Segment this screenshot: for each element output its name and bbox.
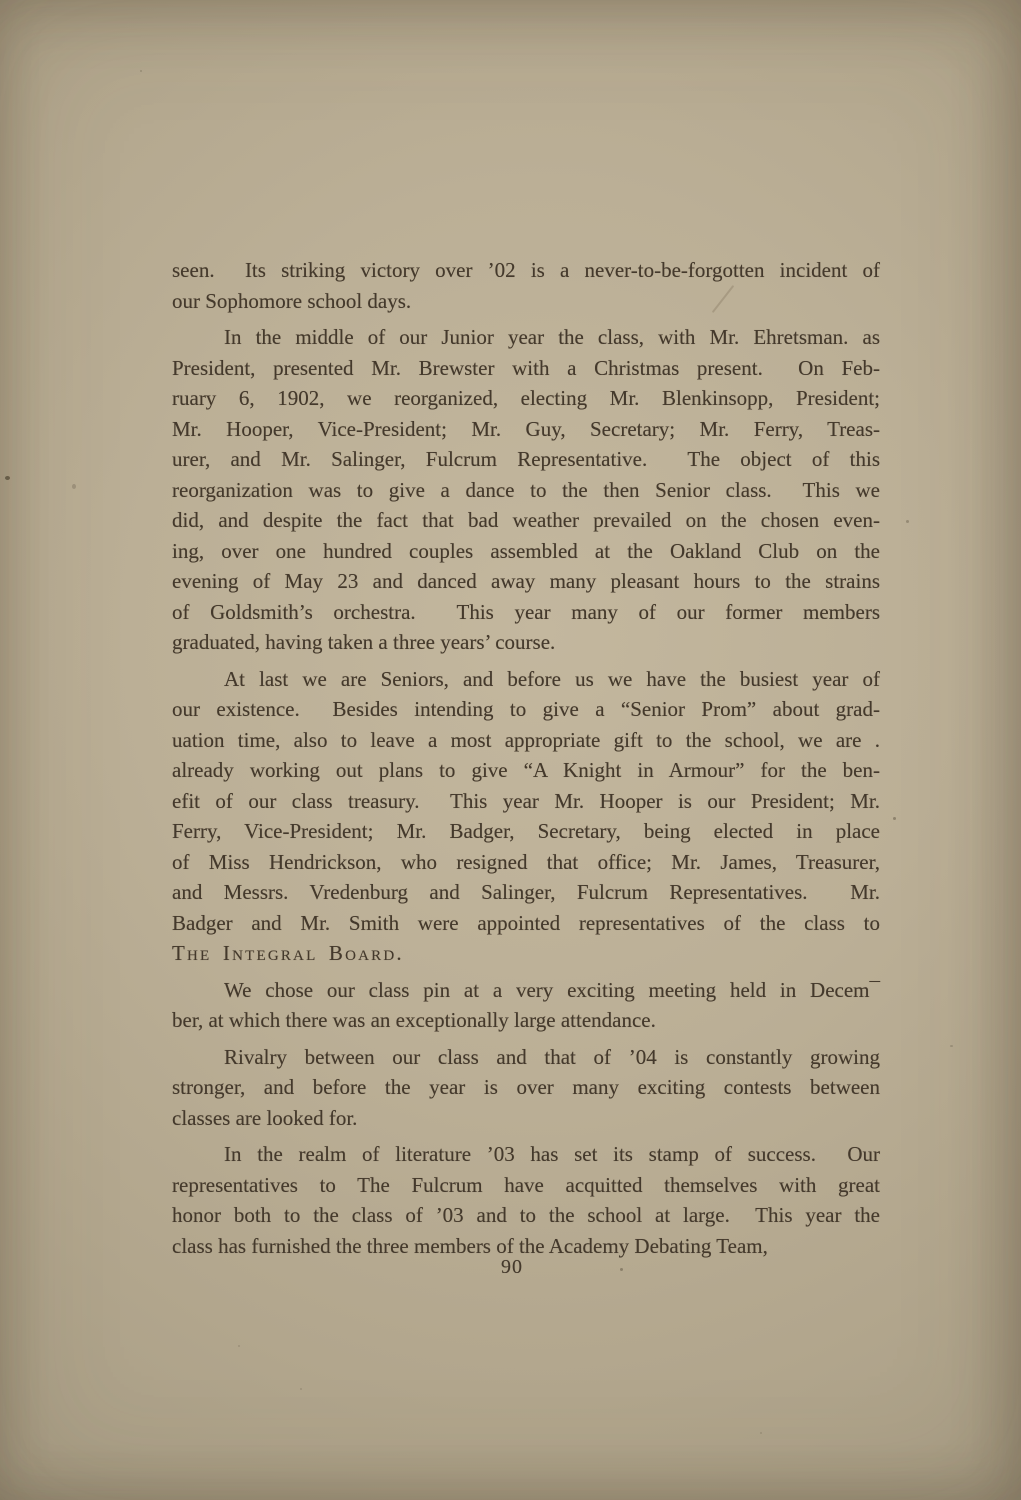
paragraph: Rivalry between our class and that of ’0… [172, 1042, 880, 1134]
paragraph: In the realm of literature ’03 has set i… [172, 1139, 880, 1261]
text-line: our Sophomore school days. [172, 286, 880, 317]
text-line: In the middle of our Junior year the cla… [172, 322, 880, 353]
text-line: seen. Its striking victory over ’02 is a… [172, 255, 880, 286]
text-line: and Messrs. Vredenburg and Salinger, Ful… [172, 877, 880, 908]
paper-speck [72, 484, 76, 489]
paragraph: In the middle of our Junior year the cla… [172, 322, 880, 658]
text-line: efit of our class treasury. This year Mr… [172, 786, 880, 817]
text-line: President, presented Mr. Brewster with a… [172, 353, 880, 384]
text-line: honor both to the class of ’03 and to th… [172, 1200, 880, 1231]
body-text: seen. Its striking victory over ’02 is a… [172, 255, 880, 1261]
text-line: Mr. Hooper, Vice-President; Mr. Guy, Sec… [172, 414, 880, 445]
text-line: of Miss Hendrickson, who resigned that o… [172, 847, 880, 878]
paper-speck [5, 476, 10, 480]
paper-speck [140, 70, 142, 72]
text-line: Ferry, Vice-President; Mr. Badger, Secre… [172, 816, 880, 847]
text-line: representatives to The Fulcrum have acqu… [172, 1170, 880, 1201]
text-line: already working out plans to give “A Kni… [172, 755, 880, 786]
text-line: urer, and Mr. Salinger, Fulcrum Represen… [172, 444, 880, 475]
paper-speck [950, 1045, 953, 1047]
text-line: evening of May 23 and danced away many p… [172, 566, 880, 597]
text-line: our existence. Besides intending to give… [172, 694, 880, 725]
text-line: Badger and Mr. Smith were appointed repr… [172, 908, 880, 939]
text-line: reorganization was to give a dance to th… [172, 475, 880, 506]
text-line: graduated, having taken a three years’ c… [172, 627, 880, 658]
text-line: did, and despite the fact that bad weath… [172, 505, 880, 536]
text-line: ruary 6, 1902, we reorganized, electing … [172, 383, 880, 414]
paper-speck [893, 817, 896, 820]
text-line: At last we are Seniors, and before us we… [172, 664, 880, 695]
text-line: uation time, also to leave a most approp… [172, 725, 880, 756]
text-line: of Goldsmith’s orchestra. This year many… [172, 597, 880, 628]
paragraph: seen. Its striking victory over ’02 is a… [172, 255, 880, 316]
paper-speck [760, 1432, 762, 1434]
paper-speck [238, 1345, 240, 1347]
paragraph: At last we are Seniors, and before us we… [172, 664, 880, 969]
text-line: classes are looked for. [172, 1103, 880, 1134]
text-line: We chose our class pin at a very excitin… [172, 975, 880, 1006]
paper-speck [300, 1388, 302, 1390]
book-page-scan: seen. Its striking victory over ’02 is a… [0, 0, 1021, 1500]
text-line: stronger, and before the year is over ma… [172, 1072, 880, 1103]
page-number: 90 [158, 1256, 866, 1279]
text-line: Rivalry between our class and that of ’0… [172, 1042, 880, 1073]
paper-speck [906, 520, 909, 523]
paragraph: We chose our class pin at a very excitin… [172, 975, 880, 1036]
text-line: ber, at which there was an exceptionally… [172, 1005, 880, 1036]
text-line: The Integral Board. [172, 938, 880, 969]
text-line: ing, over one hundred couples assembled … [172, 536, 880, 567]
text-line: In the realm of literature ’03 has set i… [172, 1139, 880, 1170]
